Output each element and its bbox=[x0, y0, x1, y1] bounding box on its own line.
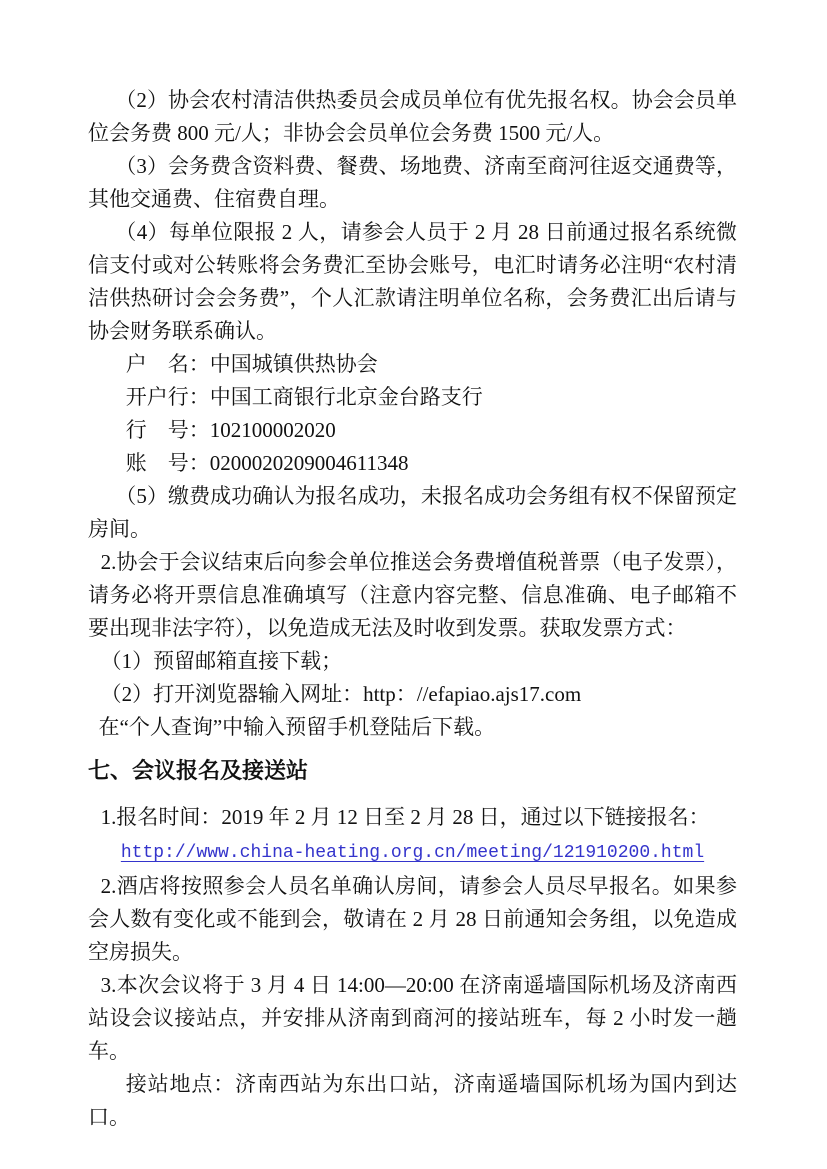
fee-item-2: （2）协会农村清洁供热委员会成员单位有优先报名权。协会会员单位会务费 800 元… bbox=[88, 84, 737, 150]
fee-item-4: （4）每单位限报 2 人，请参会人员于 2 月 28 日前通过报名系统微信支付或… bbox=[88, 216, 737, 348]
registration-link[interactable]: http://www.china-heating.org.cn/meeting/… bbox=[121, 843, 704, 863]
document-page: （2）协会农村清洁供热委员会成员单位有优先报名权。协会会员单位会务费 800 元… bbox=[0, 0, 827, 1169]
pickup-location-note: 接站地点：济南西站为东出口站，济南遥墙国际机场为国内到达口。 bbox=[88, 1068, 737, 1134]
bank-number-line: 行 号：102100002020 bbox=[88, 414, 737, 447]
invoice-method-2: （2）打开浏览器输入网址：http：//efapiao.ajs17.com bbox=[88, 678, 737, 711]
registration-item-1: 1.报名时间：2019 年 2 月 12 日至 2 月 28 日，通过以下链接报… bbox=[88, 801, 737, 834]
invoice-method-2-note: 在“个人查询”中输入预留手机登陆后下载。 bbox=[88, 711, 737, 744]
invoice-method-1: （1）预留邮箱直接下载； bbox=[88, 645, 737, 678]
bank-account-name-line: 户 名：中国城镇供热协会 bbox=[88, 348, 737, 381]
registration-link-line: http://www.china-heating.org.cn/meeting/… bbox=[88, 834, 737, 870]
fee-item-5: （5）缴费成功确认为报名成功，未报名成功会务组有权不保留预定房间。 bbox=[88, 480, 737, 546]
section-heading-registration: 七、会议报名及接送站 bbox=[88, 754, 737, 787]
bank-account-number-line: 账 号：0200020209004611348 bbox=[88, 447, 737, 480]
fee-item-3: （3）会务费含资料费、餐费、场地费、济南至商河往返交通费等，其他交通费、住宿费自… bbox=[88, 150, 737, 216]
registration-item-3: 3.本次会议将于 3 月 4 日 14:00—20:00 在济南遥墙国际机场及济… bbox=[88, 969, 737, 1068]
invoice-intro: 2.协会于会议结束后向参会单位推送会务费增值税普票（电子发票），请务必将开票信息… bbox=[88, 546, 737, 645]
registration-item-2: 2.酒店将按照参会人员名单确认房间，请参会人员尽早报名。如果参会人数有变化或不能… bbox=[88, 870, 737, 969]
bank-branch-line: 开户行：中国工商银行北京金台路支行 bbox=[88, 381, 737, 414]
